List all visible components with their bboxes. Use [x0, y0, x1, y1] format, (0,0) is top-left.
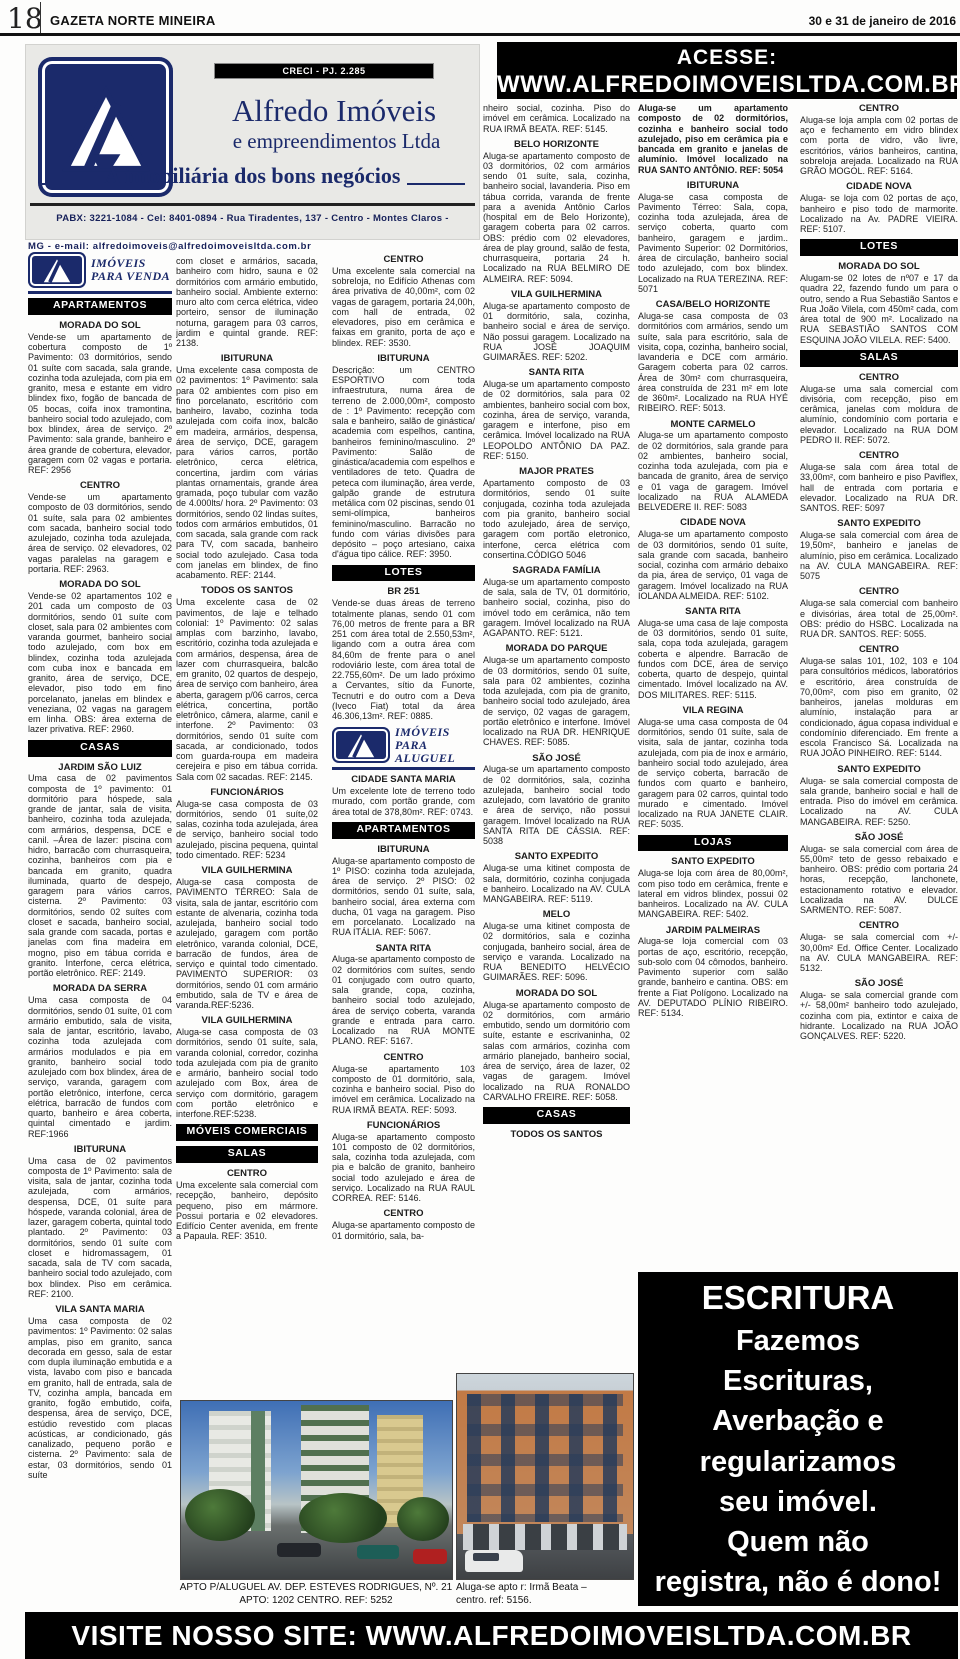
escritura-line: regularizamos	[638, 1443, 958, 1481]
section-bar: LOJAS	[638, 835, 788, 852]
ad-heading: MAJOR PRATES	[483, 466, 630, 478]
classified-ad: CENTROAluga-se uma sala comercial com di…	[800, 372, 958, 445]
masthead: GAZETA NORTE MINEIRA	[50, 13, 216, 28]
classified-ad: CENTROAluga-se apartamento composto de 0…	[332, 1208, 475, 1240]
classified-ad: CIDADE NOVAAluga-se um apartamento compo…	[638, 517, 788, 601]
triangle-a-icon	[332, 727, 390, 763]
classified-ad: MELOAluga-se uma kitinet composta de 02 …	[483, 909, 630, 982]
ad-body: Aluga-se loja comercial com 03 portas de…	[638, 936, 788, 1018]
ad-body: Uma casa de 02 pavimentos composta de 1º…	[28, 773, 172, 978]
ad-heading: CENTRO	[800, 586, 958, 598]
ad-body: com closet e armários, sacada, banheiro …	[176, 256, 318, 348]
classified-ad: SANTO EXPEDITOAluga- se sala comercial c…	[800, 764, 958, 827]
classified-column-5: Aluga-se um apartamento composto de 02 d…	[638, 103, 788, 1269]
classified-ad: BELO HORIZONTEAluga-se apartamento compo…	[483, 139, 630, 284]
ad-body: Uma excelente sala comercial na sobreloj…	[332, 266, 475, 348]
ad-body: Aluga-se salas 101, 102, 103 e 104 para …	[800, 656, 958, 759]
ad-heading: SANTO EXPEDITO	[800, 764, 958, 776]
agency-banner-ad: CRECI - PJ. 2.285 Alfredo Imóveis e empr…	[25, 44, 480, 240]
ad-body: Aluga-se casa composta de 03 dormitórios…	[176, 1027, 318, 1119]
ad-heading: FUNCIONÁRIOS	[332, 1120, 475, 1132]
triangle-a-icon	[28, 252, 86, 288]
section-bar: APARTAMENTOS	[332, 822, 475, 839]
ad-heading: SANTA RITA	[483, 367, 630, 379]
classified-ad: IBITURUNAUma casa de 02 pavimentos compo…	[28, 1144, 172, 1299]
ad-heading: MELO	[483, 909, 630, 921]
banner-rule	[30, 203, 475, 206]
classified-ad: CIDADE NOVAAluga- se loja com 02 portas …	[800, 181, 958, 234]
ad-heading: IBITURUNA	[332, 353, 475, 365]
classified-ad: SÃO JOSÉAluga- se sala comercial com áre…	[800, 832, 958, 916]
ad-body: Aluga- se loja com 02 portas de aço, ban…	[800, 193, 958, 234]
classified-ad: CENTROAluga-se salas 101, 102, 103 e 104…	[800, 644, 958, 758]
ad-heading: CENTRO	[800, 644, 958, 656]
photo1-caption: APTO P/ALUGUEL AV. DEP. ESTEVES RODRIGUE…	[172, 1582, 460, 1607]
page-number-divider	[40, 2, 41, 34]
ad-body: Aluga-se um apartamento composto de 03 d…	[483, 655, 630, 747]
classified-ad: MORADA DO SOLAluga-se apartamento compos…	[483, 988, 630, 1102]
ad-body: Aluga-se um apartamento composto de 03 d…	[638, 529, 788, 601]
ad-body: Aluga-se loja com área de 80,00m², com p…	[638, 868, 788, 919]
ad-body: Aluga-se uma sala comercial com divisóri…	[800, 384, 958, 446]
photo2-caption-line1: Aluga-se apto r: Irmã Beata –	[456, 1582, 634, 1595]
classified-ad: SANTA RITAAluga-se uma casa de laje comp…	[638, 606, 788, 700]
ad-heading: CIDADE NOVA	[638, 517, 788, 529]
ad-heading: SAGRADA FAMÍLIA	[483, 565, 630, 577]
ad-heading: MONTE CARMELO	[638, 419, 788, 431]
classified-ad: SANTO EXPEDITOAluga-se uma kitinet compo…	[483, 851, 630, 904]
ad-body: Aluga-se sala comercial com banheiro e d…	[800, 598, 958, 639]
ad-heading: SANTO EXPEDITO	[638, 856, 788, 868]
photo-tree	[185, 1489, 255, 1541]
ad-body: Aluga-se apartamento composto de 02 dorm…	[483, 1000, 630, 1103]
ad-body: Um excelente lote de terreno todo murado…	[332, 786, 475, 817]
classified-ad: CIDADE SANTA MARIAUm excelente lote de t…	[332, 774, 475, 817]
ad-body: Aluga-se um apartamento composto de 02 d…	[638, 430, 788, 512]
classified-ad: TODOS OS SANTOS	[483, 1129, 630, 1141]
header-rule	[0, 33, 960, 36]
ad-body: Uma excelente casa de 02 pavimentos, de …	[176, 597, 318, 782]
photo1-caption-line2: APTO: 1202 CENTRO. REF: 5252	[172, 1595, 460, 1608]
classified-ad: IBITURUNAAluga-se apartamento composto d…	[332, 844, 475, 938]
classified-ad: IBITURUNAAluga-se casa composta de Pavim…	[638, 180, 788, 294]
classified-ad: CENTROVende-se um apartamento composto d…	[28, 480, 172, 574]
section-bar: MÓVEIS COMERCIAIS	[176, 1124, 318, 1141]
ad-heading: VILA REGINA	[638, 705, 788, 717]
ad-heading: CENTRO	[332, 254, 475, 266]
ad-body: Uma excelente sala comercial com recepçã…	[176, 1180, 318, 1242]
ad-body: Aluga-se uma casa de laje composta de 03…	[638, 618, 788, 700]
listing-photo-street	[180, 1400, 453, 1580]
classified-ad: CENTROUma excelente sala comercial na so…	[332, 254, 475, 348]
classified-ad: MONTE CARMELOAluga-se um apartamento com…	[638, 419, 788, 513]
photo-tree	[299, 1493, 387, 1543]
ad-heading: CENTRO	[800, 920, 958, 932]
ad-heading: TODOS OS SANTOS	[176, 585, 318, 597]
classified-ad: VILA GUILHERMINAAluga-se casa composta d…	[176, 865, 318, 1010]
ad-heading: CENTRO	[800, 372, 958, 384]
ad-heading: CENTRO	[332, 1208, 475, 1220]
ad-heading: MORADA DO SOL	[28, 320, 172, 332]
photo-car-white	[465, 1550, 523, 1572]
classified-ad: IBITURUNAUma excelente casa composta de …	[176, 353, 318, 580]
ad-body: nheiro social, cozinha. Piso do imóvel e…	[483, 103, 630, 134]
ad-heading: CASA/BELO HORIZONTE	[638, 299, 788, 311]
ad-body: Vende-se duas áreas de terreno totalment…	[332, 598, 475, 721]
section-bar: SALAS	[176, 1146, 318, 1163]
ad-heading: JARDIM SÃO LUIZ	[28, 762, 172, 774]
ad-heading: SANTO EXPEDITO	[800, 518, 958, 530]
classified-ad: SANTO EXPEDITOAluga-se loja com área de …	[638, 856, 788, 919]
classified-column-4: nheiro social, cozinha. Piso do imóvel e…	[483, 103, 630, 1371]
escritura-line: Escrituras,	[638, 1362, 958, 1400]
ad-body: Aluga-se um apartamento composto de sala…	[483, 577, 630, 639]
issue-date: 30 e 31 de janeiro de 2016	[809, 14, 956, 28]
classified-ad: CENTROUma excelente sala comercial com r…	[176, 1168, 318, 1241]
ad-heading: BELO HORIZONTE	[483, 139, 630, 151]
classified-ad: SANTO EXPEDITOAluga-se sala comercial co…	[800, 518, 958, 581]
ad-heading: SANTA RITA	[638, 606, 788, 618]
ad-body: Aluga-se casa composta de 03 dormitórios…	[176, 799, 318, 861]
classified-ad: VILA GUILHERMINAAluga-se apartamento com…	[483, 289, 630, 362]
ad-heading: IBITURUNA	[28, 1144, 172, 1156]
ad-heading: CENTRO	[332, 1052, 475, 1064]
ad-body: Aluga-se apartamento composto de 01 dorm…	[483, 301, 630, 363]
agency-name-2: e empreendimentos Ltda	[194, 129, 479, 154]
ad-heading: VILA GUILHERMINA	[176, 1015, 318, 1027]
classified-ad: SANTA RITAAluga-se apartamento composto …	[332, 943, 475, 1047]
section-bar: CASAS	[28, 740, 172, 757]
ad-body: Aluga- se sala comercial composta de sal…	[800, 776, 958, 827]
photo-tree	[397, 1497, 449, 1541]
section-bar: LOTES	[332, 565, 475, 582]
classified-column-1: IMÓVEISPARA VENDAAPARTAMENTOSMORADA DO S…	[28, 250, 172, 1610]
escritura-line: Averbação e	[638, 1402, 958, 1440]
ad-body: Aluga-se apartamento 103 composto de 01 …	[332, 1064, 475, 1115]
ad-heading: SÃO JOSÉ	[800, 832, 958, 844]
creci-badge: CRECI - PJ. 2.285	[214, 63, 434, 79]
classified-ad: CASA/BELO HORIZONTEAluga-se casa compost…	[638, 299, 788, 413]
ad-heading: SANTO EXPEDITO	[483, 851, 630, 863]
ad-body: Aluga-se apartamento composto de 03 dorm…	[483, 151, 630, 284]
classified-ad: VILA SANTA MARIAUma casa composta de 02 …	[28, 1304, 172, 1480]
ad-body: Alugam-se 02 lotes de nº07 e 17 da quadr…	[800, 273, 958, 345]
ad-heading: SANTA RITA	[332, 943, 475, 955]
ad-body: Aluga-se casa composta de PAVIMENTO TÉRR…	[176, 877, 318, 1010]
classified-ad: FUNCIONÁRIOSAluga-se casa composta de 03…	[176, 787, 318, 860]
classified-ad: SÃO JOSÉAluga-se um apartamento composto…	[483, 753, 630, 847]
classified-ad: CENTROAluga- se sala comercial com +/- 3…	[800, 920, 958, 973]
section-bar: LOTES	[800, 239, 958, 256]
photo-storefront	[463, 1524, 627, 1550]
ad-heading: MORADA DO SOL	[800, 261, 958, 273]
escritura-line: Quem não	[638, 1523, 958, 1561]
photo-car-teal	[357, 1545, 399, 1559]
ad-body: Aluga-se casa composta de Pavimento Térr…	[638, 192, 788, 295]
classified-ad: MAJOR PRATESApartamento composto de 03 d…	[483, 466, 630, 560]
ad-body: Aluga-se casa composta de 03 dormitórios…	[638, 311, 788, 414]
ad-heading: MORADA DO PARQUE	[483, 643, 630, 655]
ad-body: Apartamento composto de 03 dormitórios, …	[483, 478, 630, 560]
classified-ad: Aluga-se um apartamento composto de 02 d…	[638, 103, 788, 175]
tagline-rule-left	[40, 183, 98, 185]
ad-heading: FUNCIONÁRIOS	[176, 787, 318, 799]
photo-car-dark	[277, 1543, 321, 1557]
photo-car-red	[413, 1549, 447, 1564]
ad-heading: JARDIM PALMEIRAS	[638, 925, 788, 937]
listing-photo-building	[456, 1373, 634, 1580]
imoveis-logo: IMÓVEISPARA ALUGUEL	[332, 726, 475, 770]
escritura-line: Fazemos	[638, 1322, 958, 1360]
site-footer-banner: VISITE NOSSO SITE: WWW.ALFREDOIMOVEISLTD…	[25, 1612, 958, 1659]
tagline-rule-right	[407, 183, 465, 185]
ad-heading: CENTRO	[176, 1168, 318, 1180]
ad-body: Aluga-se um apartamento composto de 02 d…	[483, 379, 630, 461]
acesse-label: ACESSE:	[497, 46, 957, 70]
ad-body: Aluga-se uma casa composta de 04 dormitó…	[638, 717, 788, 830]
ad-body: Aluga- se sala comercial com área de 55,…	[800, 844, 958, 916]
classified-ad: JARDIM SÃO LUIZUma casa de 02 pavimentos…	[28, 762, 172, 979]
classified-ad: com closet e armários, sacada, banheiro …	[176, 256, 318, 348]
classified-ad: SÃO JOSÉAluga- se sala comercial grande …	[800, 978, 958, 1041]
ad-heading: CENTRO	[28, 480, 172, 492]
ad-body: Aluga-se apartamento composto 101 compos…	[332, 1132, 475, 1204]
escritura-line: seu imóvel.	[638, 1483, 958, 1521]
ad-body: Descrição: um CENTRO ESPORTIVO com toda …	[332, 365, 475, 560]
escritura-line: registra, não é dono!	[638, 1563, 958, 1601]
classified-ad: BR 251Vende-se duas áreas de terreno tot…	[332, 586, 475, 721]
ad-body: Aluga-se um apartamento composto de 02 d…	[483, 764, 630, 846]
section-bar: SALAS	[800, 350, 958, 367]
classified-ad: MORADA DA SERRAUma casa composta de 04 d…	[28, 983, 172, 1138]
ad-body: Uma casa composta de 04 dormitórios, sen…	[28, 995, 172, 1139]
page-header: 18 GAZETA NORTE MINEIRA 30 e 31 de janei…	[0, 0, 960, 36]
imoveis-logo-label: IMÓVEISPARA VENDA	[91, 257, 170, 282]
ad-body: Aluga-se loja ampla com 02 portas de aço…	[800, 115, 958, 177]
ad-heading: CENTRO	[800, 103, 958, 115]
ad-heading: SÃO JOSÉ	[483, 753, 630, 765]
imoveis-logo-label: IMÓVEISPARA ALUGUEL	[395, 726, 475, 764]
ad-heading: SÃO JOSÉ	[800, 978, 958, 990]
photo2-caption-line2: centro. ref: 5156.	[456, 1595, 634, 1608]
classified-ad: nheiro social, cozinha. Piso do imóvel e…	[483, 103, 630, 134]
ad-body: Aluga- se sala comercial grande com +/- …	[800, 990, 958, 1041]
agency-tagline: A imobiliária dos bons negócios	[26, 163, 479, 189]
classified-ad: CENTROAluga-se sala comercial com banhei…	[800, 586, 958, 639]
classified-ad: TODOS OS SANTOSUma excelente casa de 02 …	[176, 585, 318, 781]
classified-ad: CENTROAluga-se sala com área total de 33…	[800, 450, 958, 513]
escritura-ad: ESCRITURAFazemosEscrituras,Averbação ere…	[638, 1272, 958, 1606]
newspaper-page: { "page_header": { "page_number": "18", …	[0, 0, 960, 1659]
ad-body: Aluga-se apartamento composto de 02 dorm…	[332, 954, 475, 1046]
classified-ad: CENTROAluga-se loja ampla com 02 portas …	[800, 103, 958, 176]
classified-ad: MORADA DO SOLAlugam-se 02 lotes de nº07 …	[800, 261, 958, 345]
classified-ad: JARDIM PALMEIRASAluga-se loja comercial …	[638, 925, 788, 1019]
ad-body: Aluga-se uma kitinet composta de 02 dorm…	[483, 921, 630, 983]
photo2-caption: Aluga-se apto r: Irmã Beata – centro. re…	[456, 1582, 634, 1607]
agency-contact: PABX: 3221-1084 - Cel: 8401-0894 - Rua T…	[30, 213, 475, 224]
classified-ad: IBITURUNADescrição: um CENTRO ESPORTIVO …	[332, 353, 475, 560]
ad-heading: CENTRO	[800, 450, 958, 462]
classified-ad: SANTA RITAAluga-se um apartamento compos…	[483, 367, 630, 461]
imoveis-logo: IMÓVEISPARA VENDA	[28, 252, 172, 294]
ad-body: Uma excelente casa composta de 02 pavime…	[176, 365, 318, 580]
ad-body: Aluga-se sala com área total de 33,00m²,…	[800, 462, 958, 513]
section-bar: CASAS	[483, 1107, 630, 1124]
ad-body: Uma casa de 02 pavimentos composta de 1º…	[28, 1156, 172, 1300]
ad-body: Uma casa composta de 02 pavimentos: 1º P…	[28, 1316, 172, 1480]
page-number: 18	[7, 2, 43, 35]
classified-ad: CENTROAluga-se apartamento 103 composto …	[332, 1052, 475, 1115]
ad-body: Aluga-se apartamento composto de 01 dorm…	[332, 1220, 475, 1241]
ad-heading: VILA SANTA MARIA	[28, 1304, 172, 1316]
ad-heading: CIDADE SANTA MARIA	[332, 774, 475, 786]
classified-ad: MORADA DO SOLVende-se um apartamento de …	[28, 320, 172, 475]
ad-body: Aluga-se sala comercial com área de 19,5…	[800, 530, 958, 581]
ad-heading: IBITURUNA	[638, 180, 788, 192]
ad-heading: IBITURUNA	[332, 844, 475, 856]
classified-ad: FUNCIONÁRIOSAluga-se apartamento compost…	[332, 1120, 475, 1204]
ad-body: Vende-se um apartamento de cobertura com…	[28, 332, 172, 476]
ad-heading: BR 251	[332, 586, 475, 598]
ad-body: Aluga- se sala comercial com +/- 30,00m²…	[800, 932, 958, 973]
ad-body: Vende-se 02 apartamentos 102 e 201 cada …	[28, 591, 172, 735]
photo-window-grid	[467, 1394, 623, 1522]
section-bar: APARTAMENTOS	[28, 298, 172, 315]
classified-ad: MORADA DO PARQUEAluga-se um apartamento …	[483, 643, 630, 747]
ad-heading: VILA GUILHERMINA	[176, 865, 318, 877]
ad-heading: TODOS OS SANTOS	[483, 1129, 630, 1141]
ad-body: Aluga-se apartamento composto de 1º PISO…	[332, 856, 475, 938]
classified-column-3: CENTROUma excelente sala comercial na so…	[332, 254, 475, 1398]
ad-body: Aluga-se uma kitinet composta de sala, d…	[483, 863, 630, 904]
ad-heading: MORADA DA SERRA	[28, 983, 172, 995]
classified-column-2: com closet e armários, sacada, banheiro …	[176, 256, 318, 1398]
acesse-banner: ACESSE: WWW.ALFREDOIMOVEISLTDA.COM.BR	[497, 42, 957, 99]
ad-heading: MORADA DO SOL	[28, 579, 172, 591]
ad-heading: MORADA DO SOL	[483, 988, 630, 1000]
acesse-url: WWW.ALFREDOIMOVEISLTDA.COM.BR	[497, 71, 957, 99]
classified-ad: MORADA DO SOLVende-se 02 apartamentos 10…	[28, 579, 172, 734]
classified-ad: SAGRADA FAMÍLIAAluga-se um apartamento c…	[483, 565, 630, 638]
escritura-line: ESCRITURA	[638, 1276, 958, 1320]
classified-ad: VILA GUILHERMINAAluga-se casa composta d…	[176, 1015, 318, 1119]
ad-heading: CIDADE NOVA	[800, 181, 958, 193]
classified-column-6: CENTROAluga-se loja ampla com 02 portas …	[800, 103, 958, 1269]
photo1-caption-line1: APTO P/ALUGUEL AV. DEP. ESTEVES RODRIGUE…	[172, 1582, 460, 1595]
ad-body: Aluga-se um apartamento composto de 02 d…	[638, 103, 788, 175]
agency-name: Alfredo Imóveis	[194, 93, 474, 129]
ad-heading: IBITURUNA	[176, 353, 318, 365]
ad-heading: VILA GUILHERMINA	[483, 289, 630, 301]
classified-ad: VILA REGINAAluga-se uma casa composta de…	[638, 705, 788, 830]
ad-body: Vende-se um apartamento composto de 03 d…	[28, 492, 172, 574]
